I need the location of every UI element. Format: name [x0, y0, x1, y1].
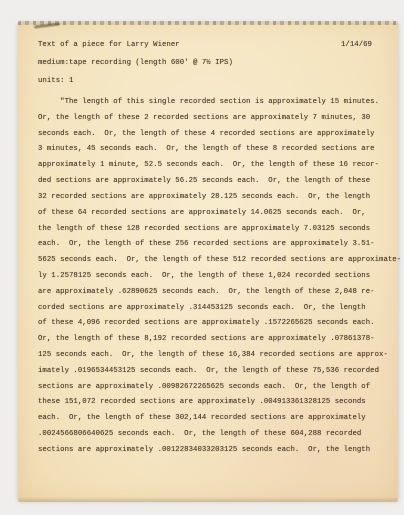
typed-line: approximately 1 minute, 52.5 seconds eac…	[38, 158, 392, 174]
typed-line: 3 minutes, 45 seconds each. Or, the leng…	[38, 142, 392, 158]
typed-line: Or, the length of these 8,192 recorded s…	[38, 332, 392, 348]
paper-sheet: Text of a piece for Larry Wiener 1/14/69…	[18, 23, 398, 501]
typed-line: 32 recorded sections are approximately 2…	[38, 190, 392, 206]
typed-line: of these 4,096 recorded sections are app…	[38, 316, 392, 332]
typed-line: ly 1.2578125 seconds each. Or, the lengt…	[38, 269, 392, 285]
typed-line: .0024566806640625 seconds each. Or, the …	[38, 427, 392, 443]
typed-line: 5625 seconds each. Or, the length of the…	[38, 253, 392, 269]
medium-line: medium:tape recording (length 600' @ 7½ …	[38, 54, 372, 72]
document-title: Text of a piece for Larry Wiener	[38, 36, 180, 54]
document-header: Text of a piece for Larry Wiener 1/14/69…	[38, 36, 372, 90]
typed-line: the length of these 128 recorded section…	[38, 222, 392, 238]
typed-line: imately .0196534453125 seconds each. Or,…	[38, 364, 392, 380]
typed-line: Or, the length of these 2 recorded secti…	[38, 111, 392, 127]
title-row: Text of a piece for Larry Wiener 1/14/69	[38, 36, 372, 54]
typed-line: are approximately .62890625 seconds each…	[38, 285, 392, 301]
units-line: units: 1	[38, 72, 372, 90]
typed-line: sections are approximately .001228340332…	[38, 443, 392, 459]
typed-line: "The length of this single recorded sect…	[38, 95, 392, 111]
typed-line: each. Or, the length of these 256 record…	[38, 237, 392, 253]
typed-line: these 151,072 recorded sections are appr…	[38, 395, 392, 411]
ink-smudge	[34, 22, 60, 28]
document-body: "The length of this single recorded sect…	[38, 95, 392, 459]
typed-line: each. Or, the length of these 302,144 re…	[38, 411, 392, 427]
typed-line: of these 64 recorded sections are approx…	[38, 206, 392, 222]
typed-line: sections are approximately .009826722656…	[38, 380, 392, 396]
document-date: 1/14/69	[341, 36, 372, 54]
typed-line: corded sections are approximately .31445…	[38, 301, 392, 317]
typed-line: seconds each. Or, the length of these 4 …	[38, 127, 392, 143]
typed-line: ded sections are approximately 56.25 sec…	[38, 174, 392, 190]
typed-line: 125 seconds each. Or, the length of thes…	[38, 348, 392, 364]
